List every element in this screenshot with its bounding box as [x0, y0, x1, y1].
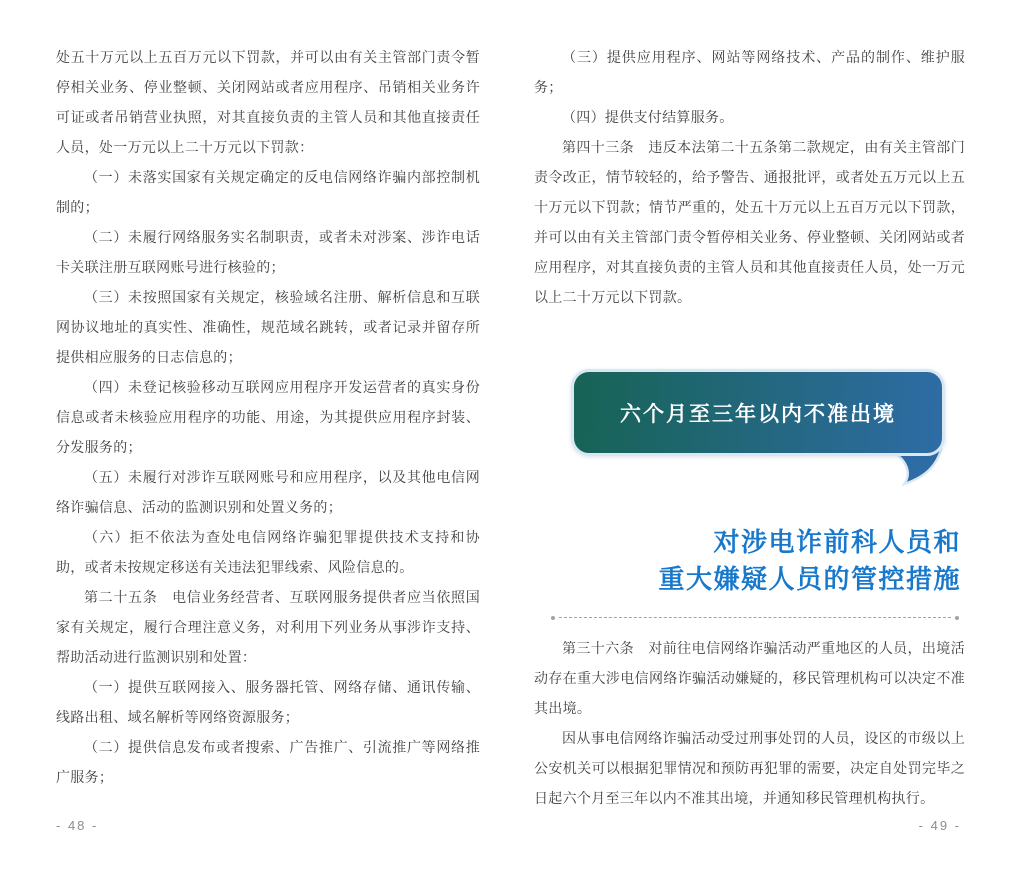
body-paragraph: （三）提供应用程序、网站等网络技术、产品的制作、维护服务；	[534, 42, 965, 102]
body-paragraph: （一）提供互联网接入、服务器托管、网络存储、通讯传输、线路出租、域名解析等网络资…	[56, 672, 480, 732]
section-heading-line2: 重大嫌疑人员的管控措施	[534, 561, 961, 598]
right-top-text-block: （三）提供应用程序、网站等网络技术、产品的制作、维护服务； （四）提供支付结算服…	[534, 42, 965, 312]
body-paragraph: 第四十三条 违反本法第二十五条第二款规定，由有关主管部门责令改正，情节较轻的，给…	[534, 132, 965, 312]
section-heading: 对涉电诈前科人员和 重大嫌疑人员的管控措施	[534, 524, 965, 598]
body-paragraph: （六）拒不依法为查处电信网络诈骗犯罪提供技术支持和协助，或者未按规定移送有关违法…	[56, 522, 480, 582]
body-paragraph: （四）未登记核验移动互联网应用程序开发运营者的真实身份信息或者未核验应用程序的功…	[56, 372, 480, 462]
dashed-divider	[551, 615, 959, 620]
body-paragraph: （三）未按照国家有关规定，核验域名注册、解析信息和互联网协议地址的真实性、准确性…	[56, 282, 480, 372]
divider-dot-right	[955, 616, 959, 620]
page-left: 处五十万元以上五百万元以下罚款，并可以由有关主管部门责令暂停相关业务、停业整顿、…	[56, 42, 480, 842]
section-heading-line1: 对涉电诈前科人员和	[534, 524, 961, 561]
body-paragraph: （五）未履行对涉诈互联网账号和应用程序，以及其他电信网络诈骗信息、活动的监测识别…	[56, 462, 480, 522]
speech-bubble-text: 六个月至三年以内不准出境	[620, 398, 896, 428]
page-number-left: - 48 -	[56, 818, 98, 833]
body-paragraph: 第二十五条 电信业务经营者、互联网服务提供者应当依照国家有关规定，履行合理注意义…	[56, 582, 480, 672]
body-paragraph: 第三十六条 对前往电信网络诈骗活动严重地区的人员，出境活动存在重大涉电信网络诈骗…	[534, 633, 965, 723]
page-number-right: - 49 -	[919, 818, 961, 833]
left-text-block: 处五十万元以上五百万元以下罚款，并可以由有关主管部门责令暂停相关业务、停业整顿、…	[56, 42, 480, 792]
page-right: （三）提供应用程序、网站等网络技术、产品的制作、维护服务； （四）提供支付结算服…	[534, 42, 965, 842]
book-spread: 处五十万元以上五百万元以下罚款，并可以由有关主管部门责令暂停相关业务、停业整顿、…	[0, 0, 1024, 874]
body-paragraph: 因从事电信网络诈骗活动受过刑事处罚的人员，设区的市级以上公安机关可以根据犯罪情况…	[534, 723, 965, 813]
divider-dot-left	[551, 616, 555, 620]
speech-bubble-body: 六个月至三年以内不准出境	[571, 369, 945, 456]
right-bottom-text-block: 第三十六条 对前往电信网络诈骗活动严重地区的人员，出境活动存在重大涉电信网络诈骗…	[534, 633, 965, 813]
body-paragraph: （二）提供信息发布或者搜索、广告推广、引流推广等网络推广服务；	[56, 732, 480, 792]
speech-bubble: 六个月至三年以内不准出境	[571, 369, 945, 486]
body-paragraph: （一）未落实国家有关规定确定的反电信网络诈骗内部控制机制的；	[56, 162, 480, 222]
divider-line	[559, 617, 951, 618]
body-paragraph: 处五十万元以上五百万元以下罚款，并可以由有关主管部门责令暂停相关业务、停业整顿、…	[56, 42, 480, 162]
body-paragraph: （二）未履行网络服务实名制职责，或者未对涉案、涉诈电话卡关联注册互联网账号进行核…	[56, 222, 480, 282]
body-paragraph: （四）提供支付结算服务。	[534, 102, 965, 132]
